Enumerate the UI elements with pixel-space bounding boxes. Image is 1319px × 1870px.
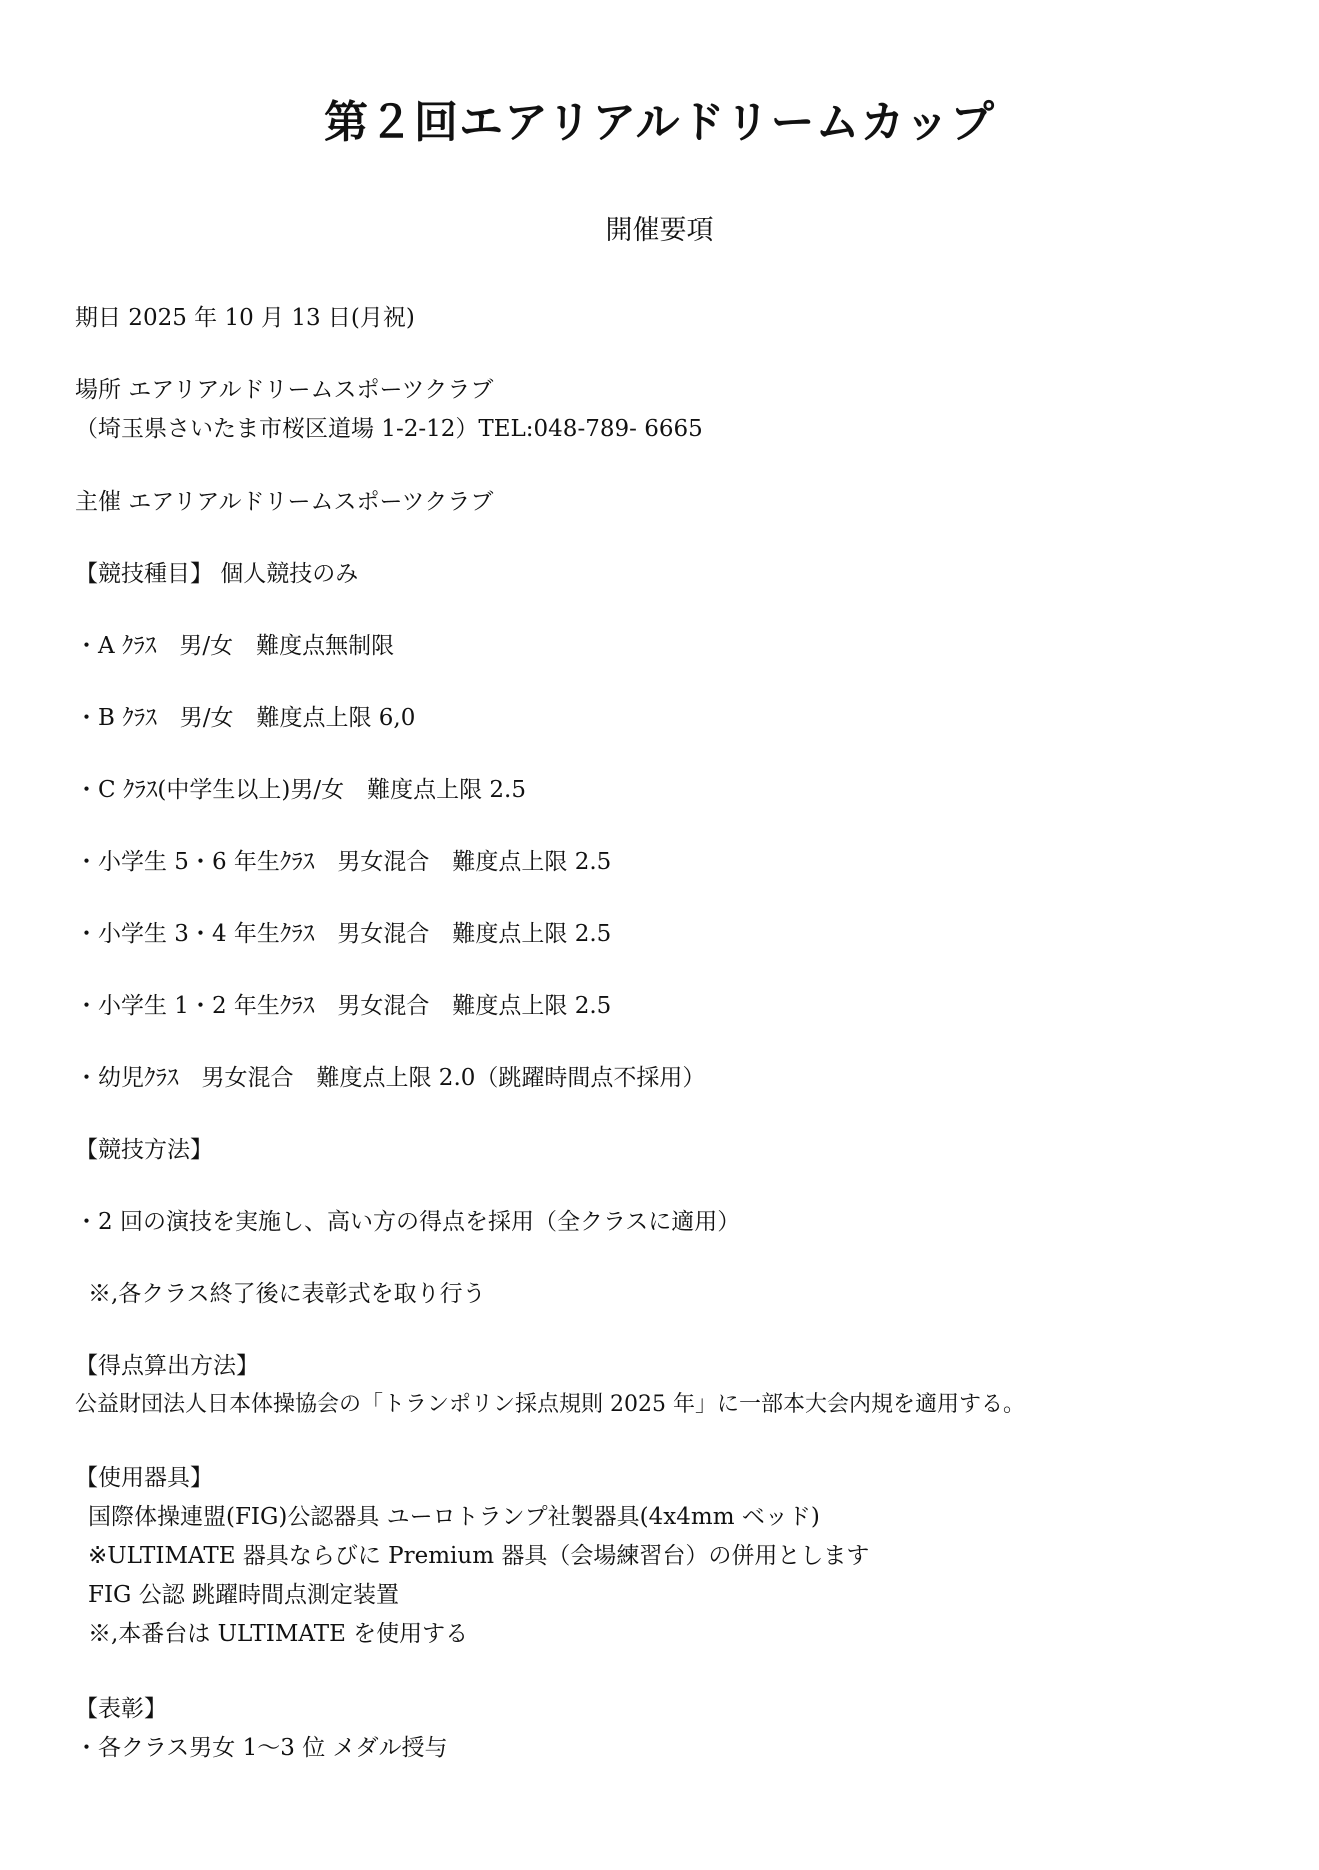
awards-item: ・各クラス男女 1〜3 位 メダル授与 <box>75 1733 448 1763</box>
class-item: ・A ｸﾗｽ 男/女 難度点無制限 <box>75 631 394 661</box>
equipment-item: FIG 公認 跳躍時間点測定装置 <box>88 1580 399 1610</box>
document-subtitle: 開催要項 <box>0 208 1319 247</box>
class-item: ・小学生 3・4 年生ｸﾗｽ 男女混合 難度点上限 2.5 <box>75 919 611 949</box>
equipment-note: ※,本番台は ULTIMATE を使用する <box>88 1619 468 1649</box>
venue-address-line: （埼玉県さいたま市桜区道場 1-2-12）TEL:048-789- 6665 <box>75 414 703 444</box>
organizer-line: 主催 エアリアルドリームスポーツクラブ <box>75 487 493 517</box>
method-item: ・2 回の演技を実施し、高い方の得点を採用（全クラスに適用） <box>75 1207 740 1237</box>
awards-heading: 【表彰】 <box>75 1694 167 1724</box>
class-item: ・幼児ｸﾗｽ 男女混合 難度点上限 2.0（跳躍時間点不採用） <box>75 1063 705 1093</box>
equipment-heading: 【使用器具】 <box>75 1463 213 1493</box>
date-line: 期日 2025 年 10 月 13 日(月祝) <box>75 303 415 333</box>
method-heading: 【競技方法】 <box>75 1135 213 1165</box>
document-title: 第２回エアリアルドリームカップ <box>0 86 1319 150</box>
scoring-text: 公益財団法人日本体操協会の「トランポリン採点規則 2025 年」に一部本大会内規… <box>75 1390 1025 1420</box>
venue-line: 場所 エアリアルドリームスポーツクラブ <box>75 375 493 405</box>
class-item: ・小学生 1・2 年生ｸﾗｽ 男女混合 難度点上限 2.5 <box>75 991 611 1021</box>
class-item: ・C ｸﾗｽ(中学生以上)男/女 難度点上限 2.5 <box>75 775 526 805</box>
method-note: ※,各クラス終了後に表彰式を取り行う <box>88 1279 486 1309</box>
class-item: ・B ｸﾗｽ 男/女 難度点上限 6,0 <box>75 703 415 733</box>
equipment-item: ※ULTIMATE 器具ならびに Premium 器具（会場練習台）の併用としま… <box>88 1541 869 1571</box>
equipment-item: 国際体操連盟(FIG)公認器具 ユーロトランプ社製器具(4x4mm ベッド) <box>88 1502 820 1532</box>
events-heading: 【競技種目】 個人競技のみ <box>75 559 358 589</box>
class-item: ・小学生 5・6 年生ｸﾗｽ 男女混合 難度点上限 2.5 <box>75 847 611 877</box>
scoring-heading: 【得点算出方法】 <box>75 1351 259 1381</box>
